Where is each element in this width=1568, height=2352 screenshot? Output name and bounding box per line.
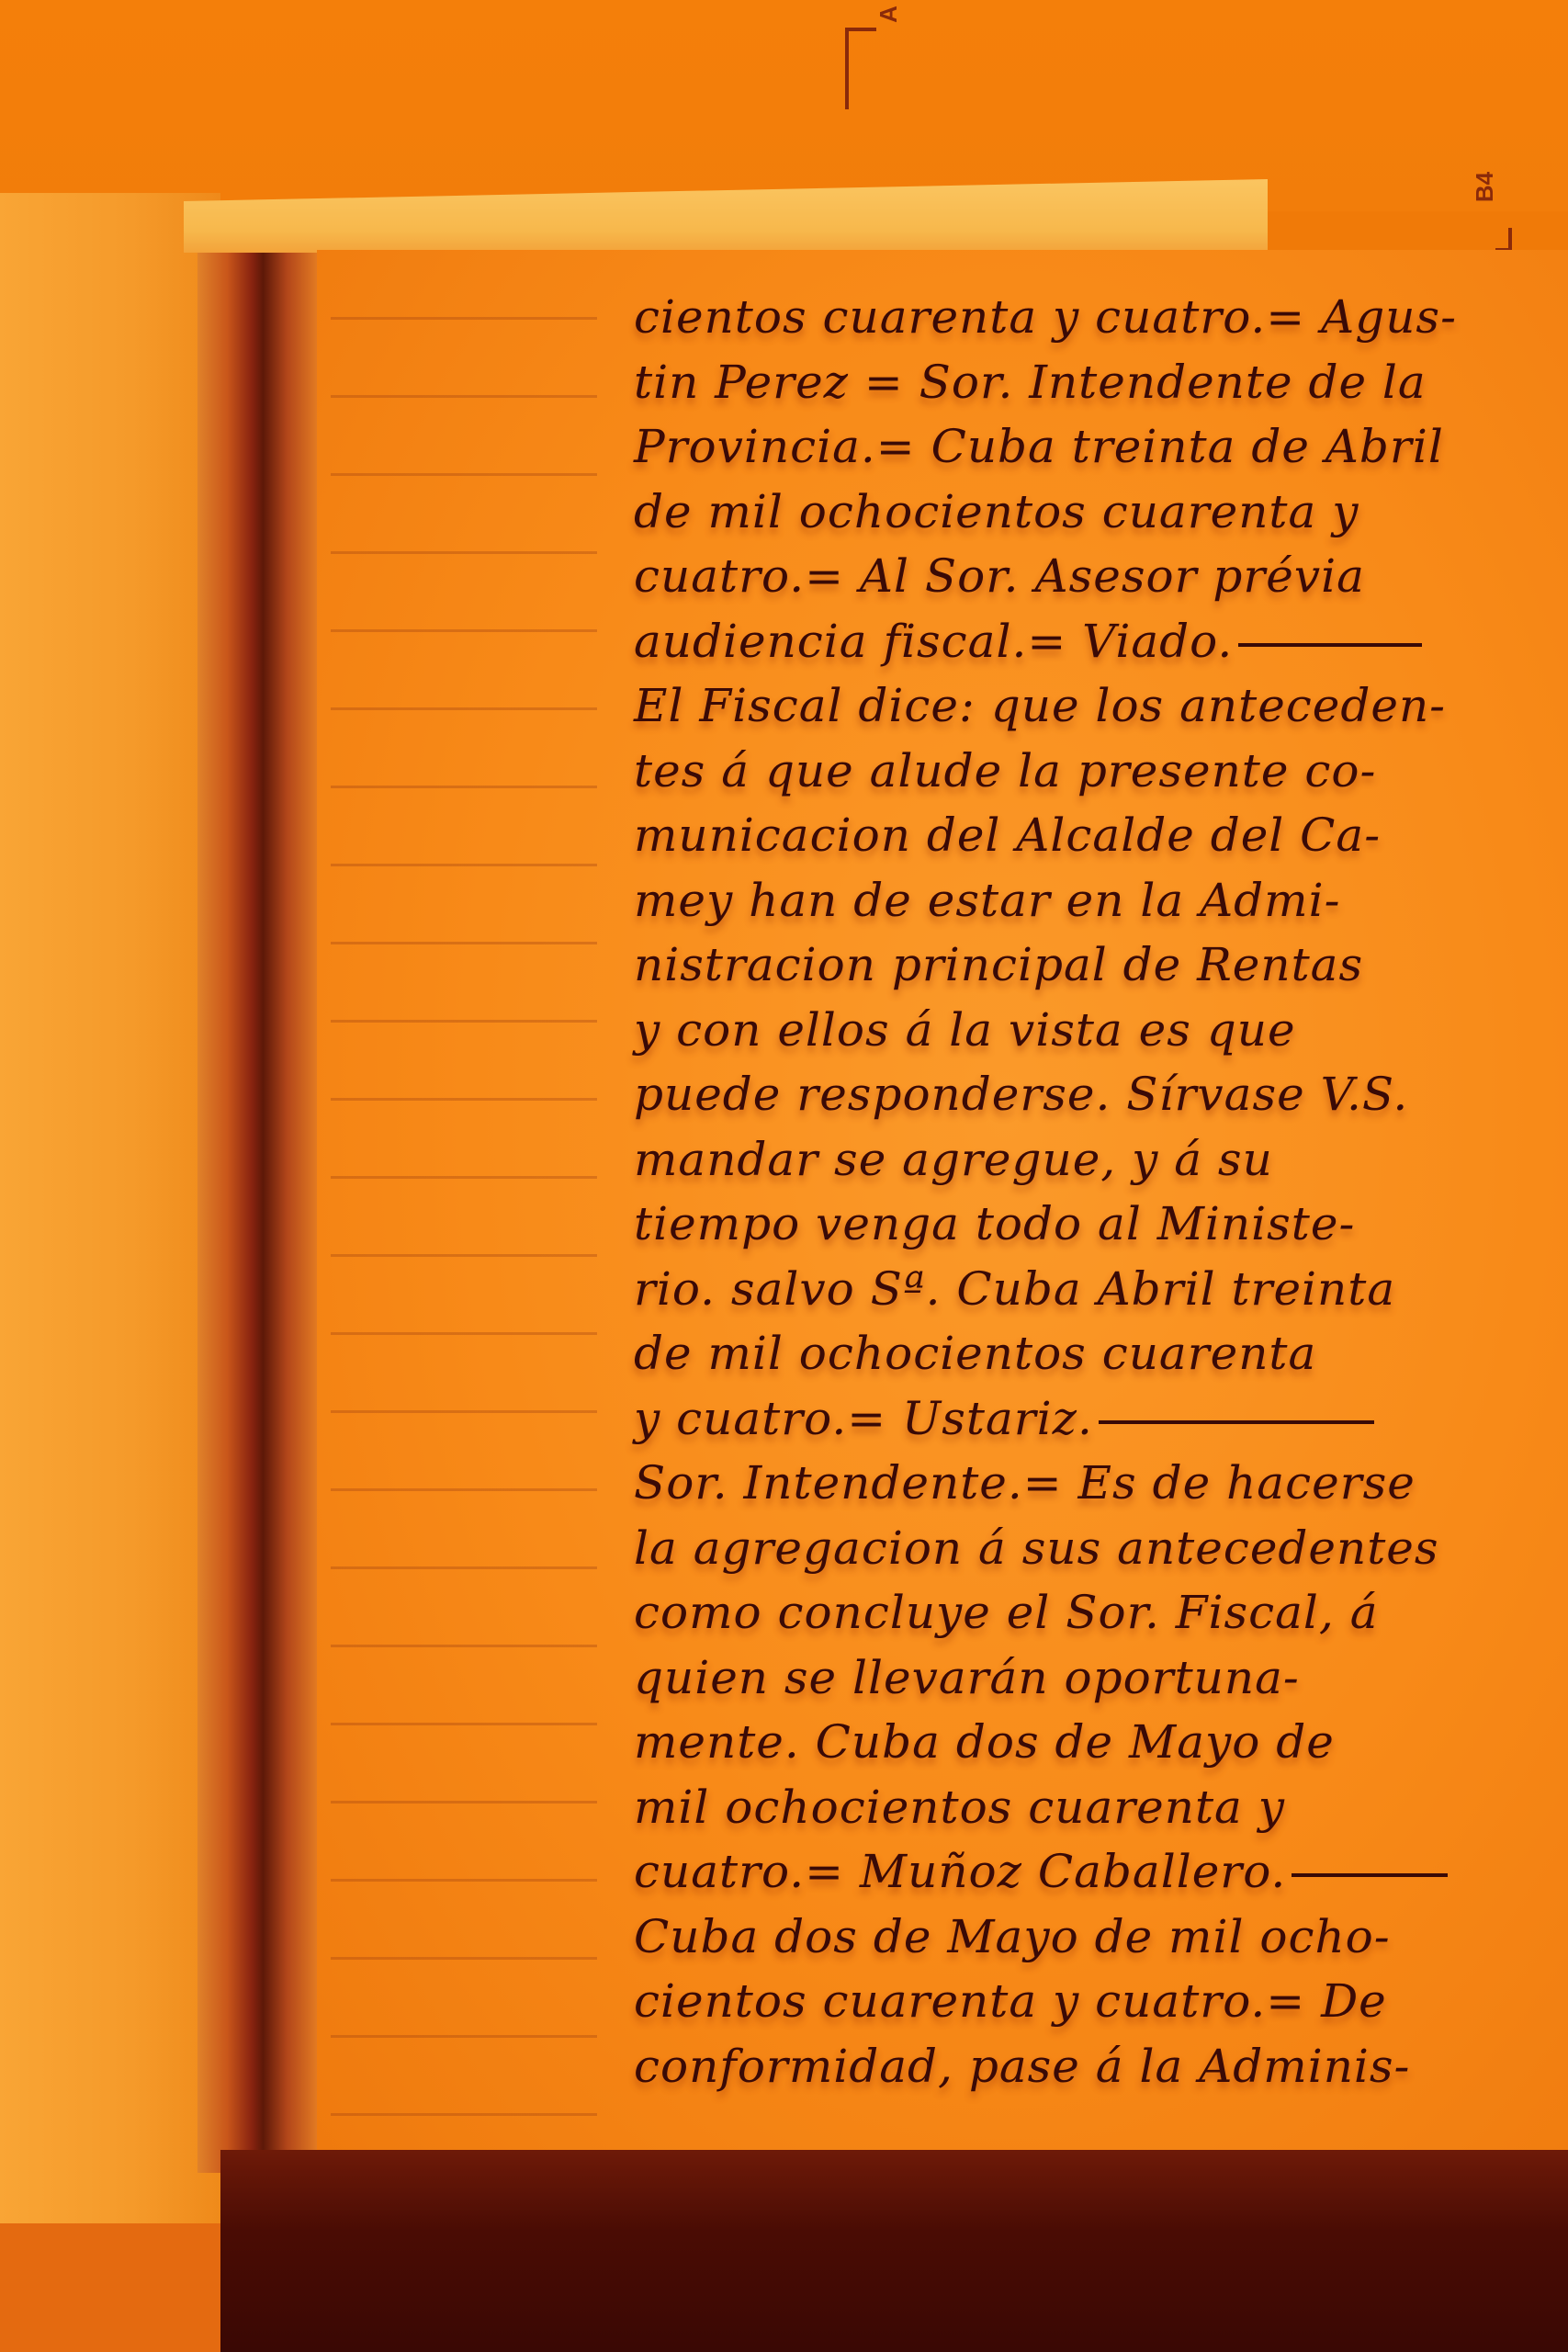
text-line: nistracion principal de Rentas bbox=[634, 933, 1562, 998]
text-line: y cuatro.= Ustariz. bbox=[634, 1392, 1093, 1445]
text-line-with-rule: y cuatro.= Ustariz. bbox=[634, 1386, 1562, 1452]
text-line: puede responderse. Sírvase V.S. bbox=[634, 1062, 1562, 1127]
text-line: mandar se agregue, y á su bbox=[634, 1127, 1562, 1193]
text-line: como concluye el Sor. Fiscal, á bbox=[634, 1580, 1562, 1645]
text-line: quien se llevarán oportuna- bbox=[634, 1645, 1562, 1711]
text-line: Provincia.= Cuba treinta de Abril bbox=[634, 414, 1562, 480]
crop-corner-mark-left bbox=[845, 28, 876, 109]
text-line: Sor. Intendente.= Es de hacerse bbox=[634, 1451, 1562, 1516]
text-line: municacion del Alcalde del Ca- bbox=[634, 803, 1562, 868]
text-line: la agregacion á sus antecedentes bbox=[634, 1516, 1562, 1581]
ruler-mark-a: A bbox=[874, 6, 903, 23]
background-top bbox=[0, 0, 1568, 211]
text-line: mente. Cuba dos de Mayo de bbox=[634, 1710, 1562, 1775]
text-line: mey han de estar en la Admi- bbox=[634, 868, 1562, 933]
text-line: y con ellos á la vista es que bbox=[634, 998, 1562, 1063]
text-line: tin Perez = Sor. Intendente de la bbox=[634, 350, 1562, 415]
text-line: de mil ochocientos cuarenta y bbox=[634, 480, 1562, 545]
text-line-with-rule: audiencia fiscal.= Viado. bbox=[634, 609, 1562, 674]
text-line: cuatro.= Muñoz Caballero. bbox=[634, 1845, 1286, 1898]
text-line: conformidad, pase á la Adminis- bbox=[634, 2034, 1562, 2099]
background-left-page bbox=[0, 193, 220, 2352]
text-line: cientos cuarenta y cuatro.= Agus- bbox=[634, 285, 1562, 350]
text-line-with-rule: cuatro.= Muñoz Caballero. bbox=[634, 1839, 1562, 1905]
book-bottom-edge bbox=[220, 2150, 1568, 2352]
text-line: El Fiscal dice: que los anteceden- bbox=[634, 673, 1562, 739]
ruler-mark-b4: B4 bbox=[1471, 172, 1499, 202]
closing-rule bbox=[1292, 1873, 1448, 1877]
text-line: de mil ochocientos cuarenta bbox=[634, 1321, 1562, 1386]
crop-corner-mark-right bbox=[1495, 228, 1512, 252]
closing-rule bbox=[1238, 643, 1422, 647]
closing-rule bbox=[1099, 1420, 1374, 1424]
text-line: rio. salvo Sª. Cuba Abril treinta bbox=[634, 1257, 1562, 1322]
text-line: cientos cuarenta y cuatro.= De bbox=[634, 1969, 1562, 2034]
text-line: mil ochocientos cuarenta y bbox=[634, 1775, 1562, 1840]
text-line: cuatro.= Al Sor. Asesor prévia bbox=[634, 544, 1562, 609]
background-bottom-left bbox=[0, 2223, 220, 2352]
text-line: tiempo venga todo al Ministe- bbox=[634, 1192, 1562, 1257]
text-line: Cuba dos de Mayo de mil ocho- bbox=[634, 1905, 1562, 1970]
book-spine bbox=[197, 253, 317, 2173]
text-line: tes á que alude la presente co- bbox=[634, 739, 1562, 804]
handwritten-text: cientos cuarenta y cuatro.= Agus- tin Pe… bbox=[634, 285, 1562, 2098]
text-line: audiencia fiscal.= Viado. bbox=[634, 615, 1233, 668]
ink-bleed-through bbox=[331, 266, 597, 2150]
